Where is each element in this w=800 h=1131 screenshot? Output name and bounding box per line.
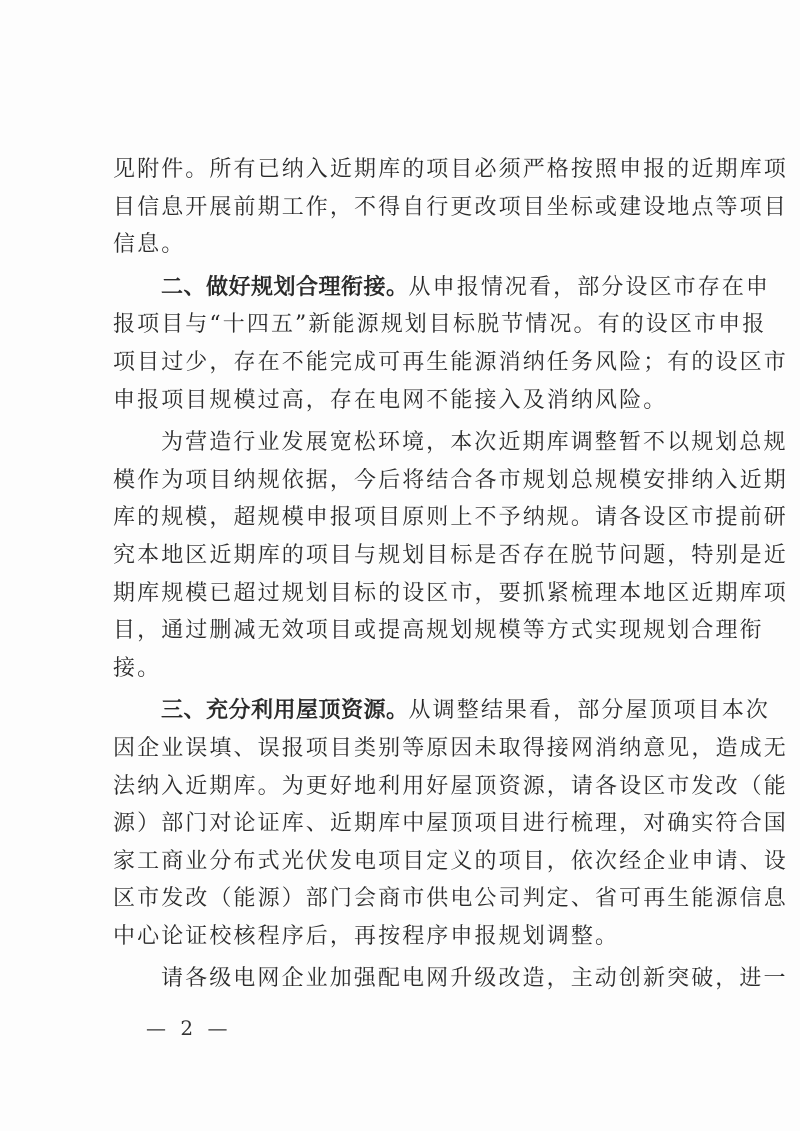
text-line: 源）部门对论证库、近期库中屋顶项目进行梳理，对确实符合国: [113, 805, 697, 843]
text-line: 三、充分利用屋顶资源。从调整结果看，部分屋顶项目本次: [113, 692, 697, 730]
text-line: 项目过少，存在不能完成可再生能源消纳任务风险；有的设区市: [113, 344, 697, 382]
paragraph-grid-enterprises: 请各级电网企业加强配电网升级改造，主动创新突破，进一: [113, 960, 697, 998]
text-line: 因企业误填、误报项目类别等原因未取得接网消纳意见，造成无: [113, 730, 697, 768]
text-line: 目，通过删减无效项目或提高规划规模等方式实现规划合理衔: [113, 612, 697, 650]
text-line: 究本地区近期库的项目与规划目标是否存在脱节问题，特别是近: [113, 537, 697, 575]
text-line: 期库规模已超过规划目标的设区市，要抓紧梳理本地区近期库项: [113, 575, 697, 613]
section-heading: 二、做好规划合理衔接。: [161, 275, 409, 300]
text-line: 区市发改（能源）部门会商市供电公司判定、省可再生能源信息: [113, 880, 697, 918]
text-line: 法纳入近期库。为更好地利用好屋顶资源，请各设区市发改（能: [113, 768, 697, 806]
text-line: 信息。: [113, 226, 697, 264]
text-line: 报项目与“十四五”新能源规划目标脱节情况。有的设区市申报: [113, 306, 697, 344]
text-line: 库的规模，超规模申报项目原则上不予纳规。请各设区市提前研: [113, 499, 697, 537]
text-line: 二、做好规划合理衔接。从申报情况看，部分设区市存在申: [113, 269, 697, 307]
section-2-planning-alignment: 二、做好规划合理衔接。从申报情况看，部分设区市存在申 报项目与“十四五”新能源规…: [113, 269, 697, 419]
text-line: 接。: [113, 650, 697, 688]
paragraph-attachment-note: 见附件。所有已纳入近期库的项目必须严格按照申报的近期库项 目信息开展前期工作，不…: [113, 151, 697, 264]
document-body: 见附件。所有已纳入近期库的项目必须严格按照申报的近期库项 目信息开展前期工作，不…: [113, 151, 697, 998]
text-line: 中心论证校核程序后，再按程序申报规划调整。: [113, 918, 697, 956]
text-line: 家工商业分布式光伏发电项目定义的项目，依次经企业申请、设: [113, 843, 697, 881]
text-line: 申报项目规模过高，存在电网不能接入及消纳风险。: [113, 382, 697, 420]
text-line: 为营造行业发展宽松环境，本次近期库调整暂不以规划总规: [113, 424, 697, 462]
text-line: 见附件。所有已纳入近期库的项目必须严格按照申报的近期库项: [113, 151, 697, 189]
section-text: 从调整结果看，部分屋顶项目本次: [409, 698, 771, 723]
text-line: 目信息开展前期工作，不得自行更改项目坐标或建设地点等项目: [113, 189, 697, 227]
section-heading: 三、充分利用屋顶资源。: [161, 698, 409, 723]
paragraph-planning-scale: 为营造行业发展宽松环境，本次近期库调整暂不以规划总规 模作为项目纳规依据，今后将…: [113, 424, 697, 687]
section-text: 从申报情况看，部分设区市存在申: [409, 275, 771, 300]
text-line: 请各级电网企业加强配电网升级改造，主动创新突破，进一: [113, 960, 697, 998]
text-line: 模作为项目纳规依据，今后将结合各市规划总规模安排纳入近期: [113, 462, 697, 500]
section-3-rooftop-resources: 三、充分利用屋顶资源。从调整结果看，部分屋顶项目本次 因企业误填、误报项目类别等…: [113, 692, 697, 955]
document-page: 见附件。所有已纳入近期库的项目必须严格按照申报的近期库项 目信息开展前期工作，不…: [0, 0, 800, 1131]
page-number: — 2 —: [146, 1016, 231, 1040]
